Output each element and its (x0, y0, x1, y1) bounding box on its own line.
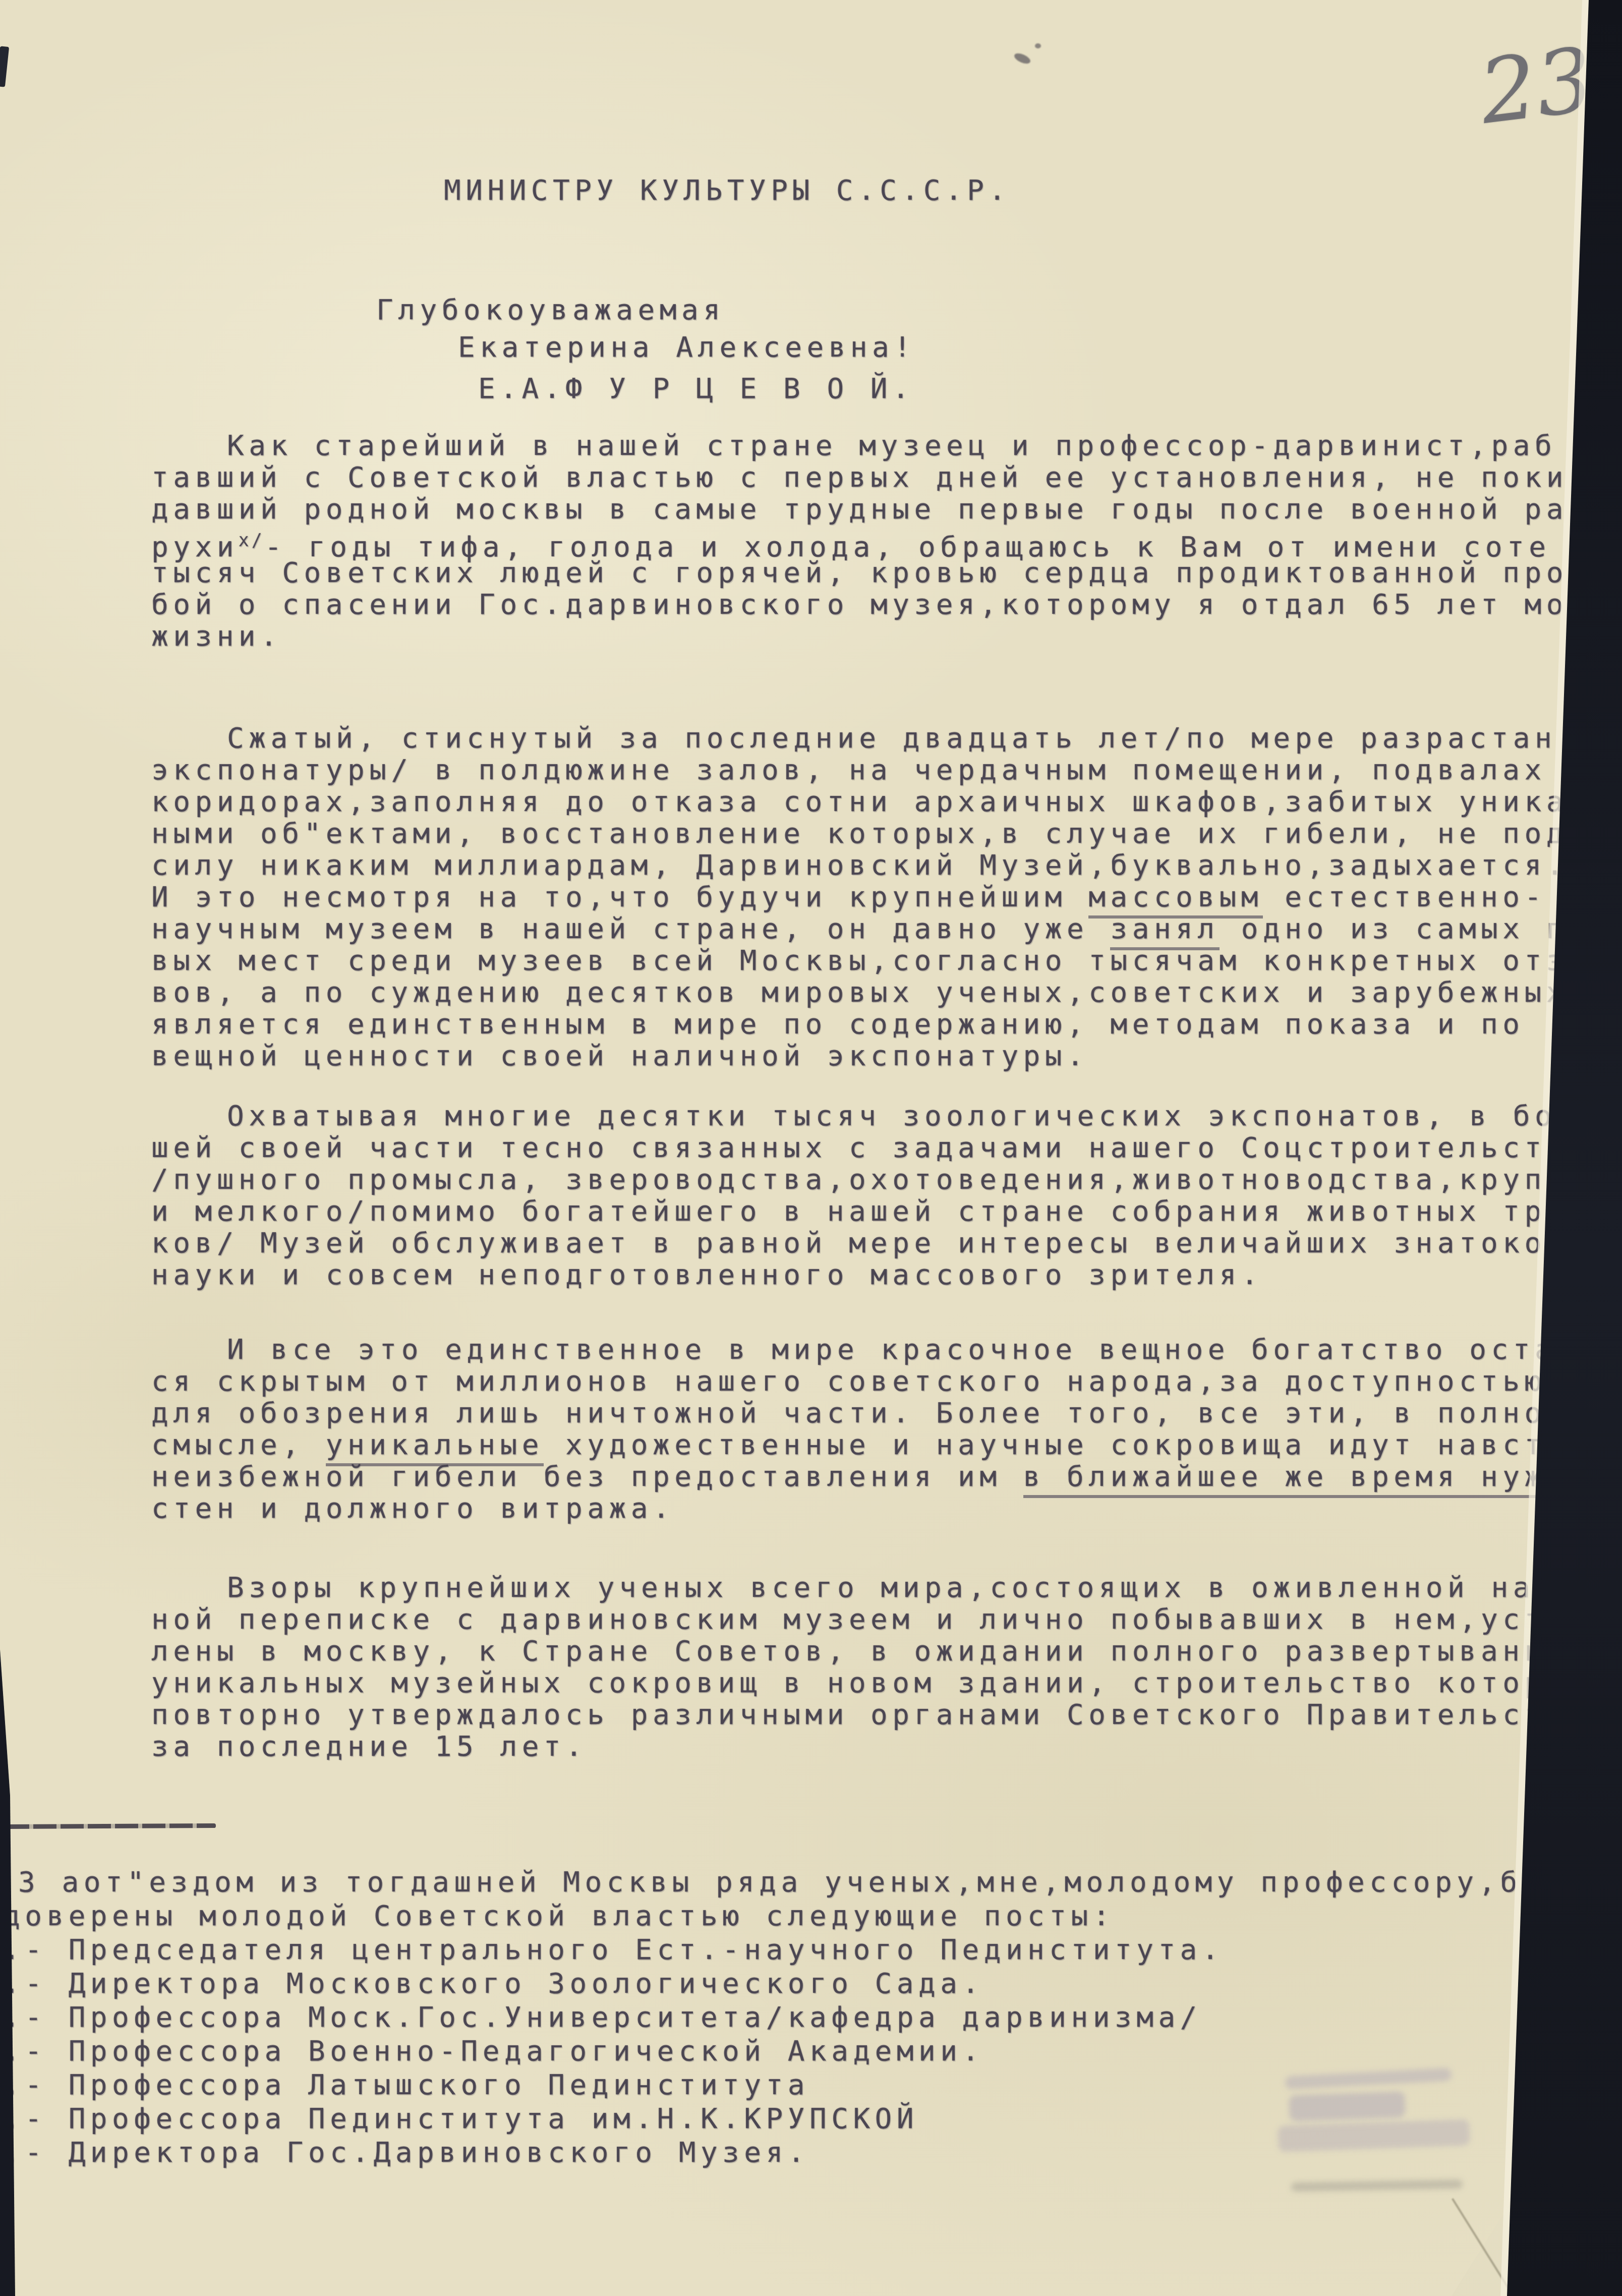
salutation-line2: Екатерина Алексеевна! (458, 331, 916, 364)
body-line: Как старейший в нашей стране музеец и пр… (151, 430, 1614, 462)
illegible-purple-stamp (1289, 2091, 1406, 2121)
footnote-line: .- Профессора Военно-Педагогической Акад… (3, 2034, 1607, 2068)
document-page: МИНИСТРУ КУЛЬТУРЫ С.С.С.Р. Е.А.Ф У Р Ц Е… (0, 0, 1622, 2296)
body-line: бой о спасении Гос.дарвиновского музея,к… (151, 589, 1614, 620)
footnote-line: З аот"ездом из тогдашней Москвы ряда уче… (3, 1865, 1607, 1899)
body-line: вых мест среди музеев всей Москвы,соглас… (151, 945, 1614, 977)
body-line: коридорах,заполняя до отказа сотни архаи… (151, 786, 1614, 818)
body-line: жизни. (151, 620, 1614, 652)
ink-speck (1035, 43, 1041, 48)
body-line: вов, а по суждению десятков мировых учен… (151, 977, 1614, 1008)
body-line: неизбежной гибели без предоставления им … (151, 1461, 1614, 1493)
footnote-line: доверены молодой Советской властью следу… (3, 1899, 1607, 1933)
body-line: ся скрытым от миллионов нашего советског… (151, 1365, 1614, 1397)
paragraph: Охватывая многие десятки тысяч зоологиче… (151, 1100, 1614, 1291)
body-line: Охватывая многие десятки тысяч зоологиче… (151, 1100, 1614, 1132)
body-line: научным музеем в нашей стране, он давно … (151, 913, 1614, 945)
footnote-line: .- Профессора Моск.Гос.Университета/кафе… (3, 2000, 1607, 2034)
body-line: ными об"ектами, восстановление которых,в… (151, 818, 1614, 849)
footnote-line: .- Председателя центрального Ест.-научно… (3, 1933, 1607, 1967)
paragraph: Сжатый, стиснутый за последние двадцать … (151, 722, 1614, 1072)
body-line: Сжатый, стиснутый за последние двадцать … (151, 722, 1614, 754)
body-line: для обозрения лишь ничтожной части. Боле… (151, 1397, 1614, 1429)
footnote-separator-rule (6, 1823, 216, 1829)
body-line: ков/ Музей обслуживает в равной мере инт… (151, 1227, 1614, 1259)
body-line: повторно утверждалось различными органам… (151, 1699, 1614, 1731)
footnote-line: .- Директора Московского Зоологического … (3, 1967, 1607, 2000)
body-line: и мелкого/помимо богатейшего в нашей стр… (151, 1195, 1614, 1227)
body-line: ной переписке с дарвиновским музеем и ли… (151, 1603, 1614, 1635)
body-line: И все это единственное в мире красочное … (151, 1334, 1614, 1365)
body-line: тысяч Советских людей с горячей, кровью … (151, 557, 1614, 589)
body-line: силу никаким миллиардам, Дарвиновский Му… (151, 849, 1614, 881)
paragraph: Как старейший в нашей стране музеец и пр… (151, 430, 1614, 652)
body-line: является единственным в мире по содержан… (151, 1008, 1614, 1040)
body-line: за последние 15 лет. (151, 1731, 1614, 1762)
body-line: смысле, уникальные художественные и науч… (151, 1429, 1614, 1461)
letter-body: Как старейший в нашей стране музеец и пр… (151, 430, 1614, 1762)
paragraph: Взоры крупнейших ученых всего мира,состо… (151, 1572, 1614, 1762)
body-line: И это несмотря на то,что будучи крупнейш… (151, 881, 1614, 913)
faint-pencil-smudge (1291, 2179, 1463, 2192)
paragraph: И все это единственное в мире красочное … (151, 1334, 1614, 1524)
body-line: тавший с Советской властью с первых дней… (151, 462, 1614, 493)
body-line: рухих/- годы тифа, голода и холода, обра… (151, 525, 1614, 557)
body-line: лены в москву, к Стране Советов, в ожида… (151, 1635, 1614, 1667)
body-line: шей своей части тесно связанных с задача… (151, 1132, 1614, 1164)
body-line: науки и совсем неподготовленного массово… (151, 1259, 1614, 1291)
body-line: /пушного промысла, звероводства,охотовед… (151, 1164, 1614, 1195)
body-line: давший родной москвы в самые трудные пер… (151, 493, 1614, 525)
body-line: Взоры крупнейших ученых всего мира,состо… (151, 1572, 1614, 1603)
body-line: вещной ценности своей наличной экспонату… (151, 1040, 1614, 1072)
salutation-line1: Глубокоуважаемая (376, 294, 725, 326)
document-title-line1: МИНИСТРУ КУЛЬТУРЫ С.С.С.Р. (444, 174, 1011, 207)
ink-speck (1013, 51, 1032, 66)
body-line: экспонатуры/ в полдюжине залов, на черда… (151, 754, 1614, 786)
scan-edge-speck (0, 46, 9, 87)
body-line: уникальных музейных сокровищ в новом зда… (151, 1667, 1614, 1699)
document-title-line2: Е.А.Ф У Р Ц Е В О Й. (478, 372, 914, 405)
